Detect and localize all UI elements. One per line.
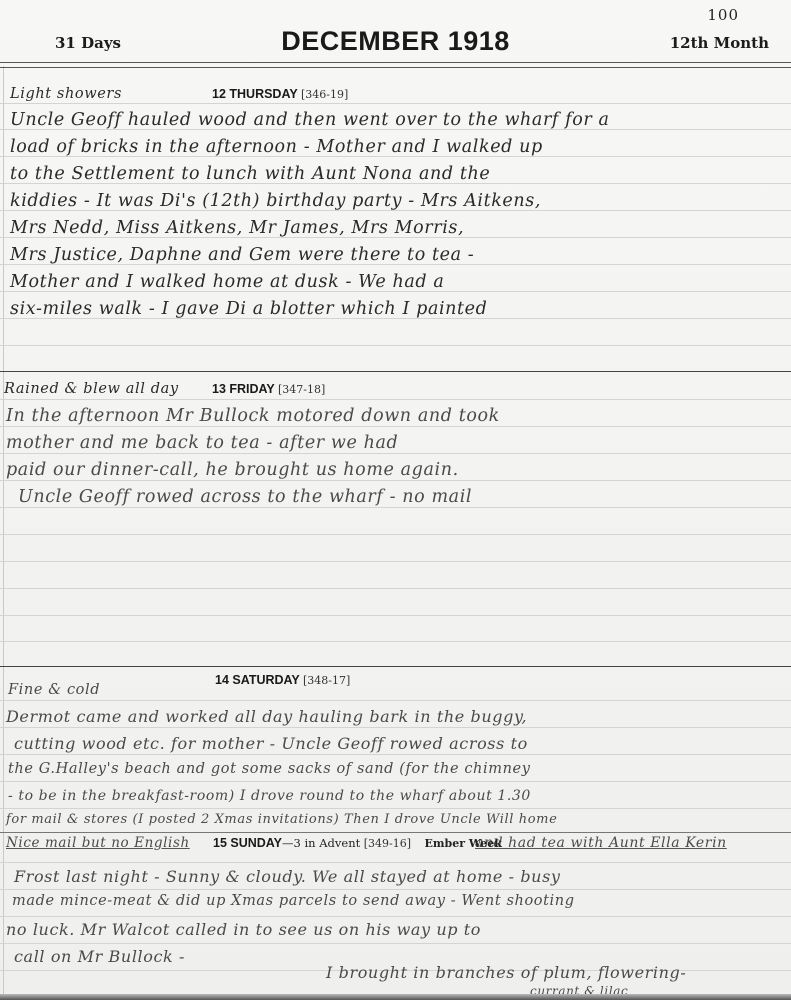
ruled-line [0,916,791,917]
ruled-line [0,862,791,863]
entry-line: and had tea with Aunt Ella Kerin [475,835,727,851]
entry-line: cutting wood etc. for mother - Uncle Geo… [14,734,528,753]
day-note: Ember Week [425,837,502,850]
day-label: 12 THURSDAY [212,87,297,101]
entry-line: made mince-meat & did up Xmas parcels to… [12,893,575,909]
day-divider [0,832,791,833]
entry-line: Uncle Geoff hauled wood and then went ov… [10,110,610,130]
ruled-line [0,615,791,616]
day-label: 13 FRIDAY [212,382,275,396]
entry-line: Mrs Nedd, Miss Aitkens, Mr James, Mrs Mo… [10,218,464,238]
header-double-rule [0,62,791,68]
ruled-line [0,781,791,782]
ruled-line [0,426,791,427]
day-counter: [346-19] [301,88,348,101]
ruled-line [0,808,791,809]
ruled-line [0,453,791,454]
day-divider [0,371,791,372]
entry-line: I brought in branches of plum, flowering… [326,963,686,982]
entry-line: the G.Halley's beach and got some sacks … [8,761,531,777]
month-number-label: 12th Month [670,34,769,52]
day-label: 14 SATURDAY [215,673,300,687]
ruled-line [0,399,791,400]
ruled-line [0,754,791,755]
ruled-line [0,103,791,104]
ruled-line [0,889,791,890]
weather-note: Rained & blew all day [4,381,179,397]
ruled-line [0,727,791,728]
day-heading-saturday: 14 SATURDAY [348-17] [215,673,350,687]
page-number: 100 [707,6,739,24]
ruled-line [0,588,791,589]
entry-line: Nice mail but no English [6,835,190,851]
entry-line: call on Mr Bullock - [14,947,185,966]
weather-note: Light showers [10,86,122,102]
ruled-line [0,507,791,508]
day-heading-friday: 13 FRIDAY [347-18] [212,382,325,396]
ruled-line [0,561,791,562]
day-counter: [348-17] [303,674,350,687]
entry-line: Frost last night - Sunny & cloudy. We al… [14,867,561,886]
entry-line: load of bricks in the afternoon - Mother… [10,137,543,157]
entry-line: six-miles walk - I gave Di a blotter whi… [10,299,487,319]
day-counter: [349-16] [364,837,411,850]
day-heading-sunday: 15 SUNDAY—3 in Advent [349-16] Ember Wee… [213,836,502,850]
entry-line: mother and me back to tea - after we had [6,433,398,453]
entry-line: to the Settlement to lunch with Aunt Non… [10,164,490,184]
day-label: 15 SUNDAY [213,836,282,850]
entry-line: Uncle Geoff rowed across to the wharf - … [18,487,472,507]
ruled-line [0,480,791,481]
ruled-line [0,534,791,535]
entry-line: kiddies - It was Di's (12th) birthday pa… [10,191,541,211]
entry-line: Mother and I walked home at dusk - We ha… [10,272,444,292]
weather-note: Fine & cold [8,682,100,698]
entry-line: - to be in the breakfast-room) I drove r… [8,788,531,804]
entry-line: paid our dinner-call, he brought us home… [6,460,459,480]
day-subtitle: —3 in Advent [282,836,360,850]
ruled-line [0,641,791,642]
page-bottom-edge [0,994,791,1000]
diary-page: 100 31 Days DECEMBER 1918 12th Month 12 … [0,0,791,1000]
day-heading-thursday: 12 THURSDAY [346-19] [212,87,348,101]
entry-line: Mrs Justice, Daphne and Gem were there t… [10,245,474,265]
entry-line: for mail & stores (I posted 2 Xmas invit… [6,812,557,827]
entry-line: In the afternoon Mr Bullock motored down… [6,406,500,426]
margin-rule [3,66,4,1000]
ruled-line [0,943,791,944]
day-counter: [347-18] [278,383,325,396]
ruled-line [0,700,791,701]
entry-line: Dermot came and worked all day hauling b… [6,707,527,726]
entry-line: no luck. Mr Walcot called in to see us o… [6,920,481,939]
day-divider [0,666,791,667]
ruled-line [0,345,791,346]
